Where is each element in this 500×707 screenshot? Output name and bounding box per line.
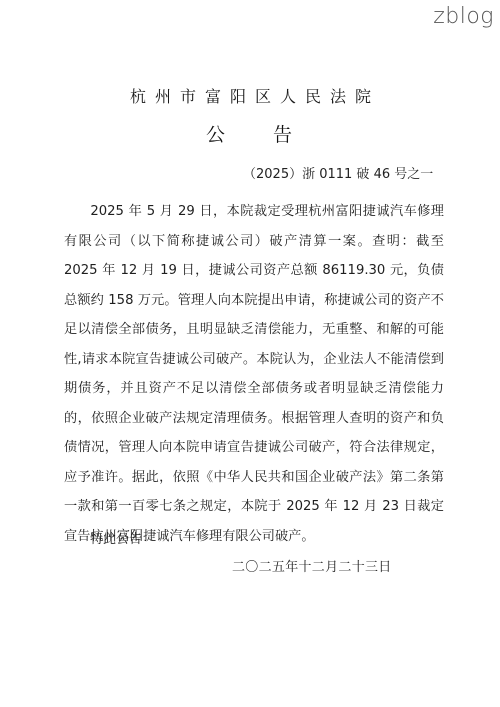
watermark-logo: zblog [433, 4, 494, 29]
notice-title: 公告 [0, 120, 500, 147]
case-number: （2025）浙 0111 破 46 号之一 [243, 163, 433, 182]
closing-phrase: 特此公告 [90, 528, 142, 547]
notice-date: 二〇二五年十二月二十三日 [232, 556, 392, 575]
notice-body: 2025 年 5 月 29 日，本院裁定受理杭州富阳捷诚汽车修理有限公司（以下简… [64, 197, 444, 551]
court-name: 杭州市富阳区人民法院 [0, 84, 500, 107]
notice-body-paragraph: 2025 年 5 月 29 日，本院裁定受理杭州富阳捷诚汽车修理有限公司（以下简… [64, 197, 444, 551]
